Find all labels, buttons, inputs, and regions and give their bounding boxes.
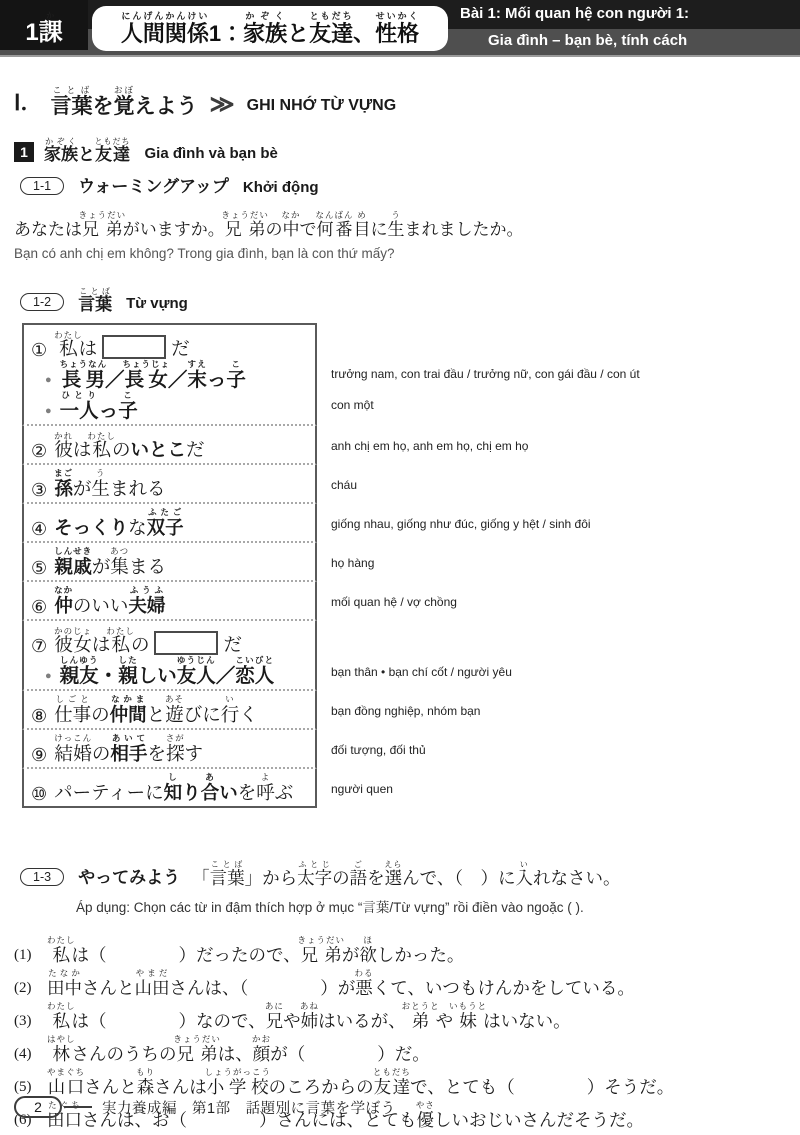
vocab-row-jp: ①私わたしはだ ●長男ちょうなん／長女ちょうじょ／末すえっ子こ ●一人ひとりっ子…	[22, 323, 317, 426]
subsection-number-badge: 1	[14, 142, 34, 162]
bullet-icon: ●	[45, 671, 52, 682]
lesson-title-vi-line2: Gia đình – bạn bè, tính cách	[488, 32, 687, 49]
vocab-row-jp: ⑦彼女かのじょは私わたしのだ ●親友しんゆう・親したしい友人ゆうじん／恋人こいび…	[22, 621, 317, 691]
vocab-heading: 1-2 言葉ことば Từ vựng	[20, 287, 800, 313]
vocab-table: ①私わたしはだ ●長男ちょうなん／長女ちょうじょ／末すえっ子こ ●一人ひとりっ子…	[22, 323, 786, 808]
vocab-row-jp: ⑧仕事しごとの仲間なかまと遊あそびに行いく	[22, 691, 317, 730]
vocab-row-jp: ③孫まごが生うまれる	[22, 465, 317, 504]
footer-dash	[64, 1106, 92, 1108]
exercise-instruction-vi: Áp dụng: Chọn các từ in đậm thích hợp ở …	[76, 896, 800, 916]
exercise-instruction-jp: 「言葉ことば」から太字ふとじの語ごを選えらんで、（ ）に入いれなさい。	[192, 860, 620, 888]
section-numeral: Ⅰ．	[14, 86, 43, 117]
lesson-title-vi-line1: Bài 1: Mối quan hệ con người 1:	[460, 5, 689, 22]
lesson-number: 1課か	[25, 11, 62, 45]
vocab-row-gloss: bạn thân • bạn chí cốt / người yêu	[317, 621, 786, 691]
vocab-row-gloss: mối quan hệ / vợ chồng	[317, 582, 786, 621]
vocab-row-jp: ②彼かれは私わたしのいとこだ	[22, 426, 317, 465]
exercise-item: (3) 私わたしは（）なので、兄あにや姉あねはいるが、弟おとうとや妹いもうとはい…	[14, 998, 800, 1031]
vocab-row-jp: ⑨結婚けっこんの相手あいてを探さがす	[22, 730, 317, 769]
section-heading: Ⅰ． 言葉ことばを覚おぼえよう ≫ GHI NHỚ TỪ VỰNG	[14, 83, 800, 117]
vocab-title-vi: Từ vựng	[126, 295, 188, 313]
vocab-row-gloss: giống nhau, giống như đúc, giống y hệt /…	[317, 504, 786, 543]
header-band-edge	[0, 55, 800, 57]
lesson-title-pill: 人間関係にんげんかんけい1：家族かぞくと友達ともだち、性格せいかく	[92, 6, 448, 51]
warmup-question-vi: Bạn có anh chị em không? Trong gia đình,…	[14, 246, 800, 261]
warmup-title-vi: Khởi động	[243, 179, 319, 197]
vocab-row-jp: ⑩パーティーに知しり合あいを呼よぶ	[22, 769, 317, 808]
vocab-row-gloss: bạn đồng nghiệp, nhóm bạn	[317, 691, 786, 730]
vocab-row-gloss: cháu	[317, 465, 786, 504]
section-title-vi: GHI NHỚ TỪ VỰNG	[247, 97, 397, 117]
footer-text: 実力養成編 第1部 話題別に言葉を学ぼう	[102, 1097, 396, 1118]
tag-1-3: 1-3	[20, 868, 64, 886]
vocab-row-gloss: trưởng nam, con trai đầu / trưởng nữ, co…	[317, 323, 786, 426]
section-title-jp: 言葉ことばを覚おぼえよう	[51, 85, 198, 117]
vocab-row-gloss: đối tượng, đối thủ	[317, 730, 786, 769]
tag-1-1: 1-1	[20, 177, 64, 195]
vocab-row-jp: ⑥仲なかのいい夫婦ふうふ	[22, 582, 317, 621]
warmup-title-jp: ウォーミングアップ	[78, 178, 229, 197]
vocab-row-gloss: người quen	[317, 769, 786, 808]
vocab-row-jp: ④そっくりな双子ふたご	[22, 504, 317, 543]
exercise-item: (2) 田中たなかさんと山田やまださんは、（）が悪わるくて、いつもけんかをしてい…	[14, 965, 800, 998]
subsection-title-vi: Gia đình và bạn bè	[145, 145, 278, 163]
vocab-row-gloss: anh chị em họ, anh em họ, chị em họ	[317, 426, 786, 465]
bullet-icon: ●	[45, 406, 52, 417]
fill-in-box	[102, 335, 166, 359]
exercise-item: (4) 林はやしさんのうちの兄弟きょうだいは、顔かおが（）だ。	[14, 1031, 800, 1064]
exercise-title-jp: やってみよう	[78, 869, 180, 888]
tag-1-2: 1-2	[20, 293, 64, 311]
page-number-pill: 2	[14, 1096, 62, 1118]
warmup-question-jp: あなたは兄弟きょうだいがいますか。兄弟きょうだいの中なかで何番なんばん目めに生う…	[14, 207, 800, 238]
vocab-title-jp: 言葉ことば	[78, 287, 112, 313]
lesson-title-jp: 人間関係にんげんかんけい1：家族かぞくと友達ともだち、性格せいかく	[121, 11, 419, 45]
textbook-page: 1課か 人間関係にんげんかんけい1：家族かぞくと友達ともだち、性格せいかく Bà…	[0, 0, 800, 1135]
subsection-title-jp: 家族かぞくと友達ともだち	[44, 137, 131, 163]
exercise-heading: 1-3 やってみよう 「言葉ことば」から太字ふとじの語ごを選えらんで、（ ）に入…	[20, 860, 800, 888]
fill-in-box	[154, 631, 218, 655]
warmup-heading: 1-1 ウォーミングアップ Khởi động	[20, 177, 800, 197]
vocab-row-jp: ⑤親戚しんせきが集あつまる	[22, 543, 317, 582]
exercise-item: (1) 私わたしは（）だったので、兄弟きょうだいが欲ほしかった。	[14, 932, 800, 965]
page-footer: 2 実力養成編 第1部 話題別に言葉を学ぼう	[14, 1096, 396, 1118]
subsection-heading: 1 家族かぞくと友達ともだち Gia đình và bạn bè	[14, 133, 800, 163]
lesson-number-box: 1課か	[0, 0, 88, 50]
double-chevron-icon: ≫	[210, 93, 235, 117]
exercise-item: (5) 山口やまぐちさんと森もりさんは小学校しょうがっこうのころからの友達ともだ…	[14, 1064, 800, 1097]
bullet-icon: ●	[45, 375, 52, 386]
lesson-header: 1課か 人間関係にんげんかんけい1：家族かぞくと友達ともだち、性格せいかく Bà…	[0, 0, 800, 57]
vocab-row-gloss: họ hàng	[317, 543, 786, 582]
